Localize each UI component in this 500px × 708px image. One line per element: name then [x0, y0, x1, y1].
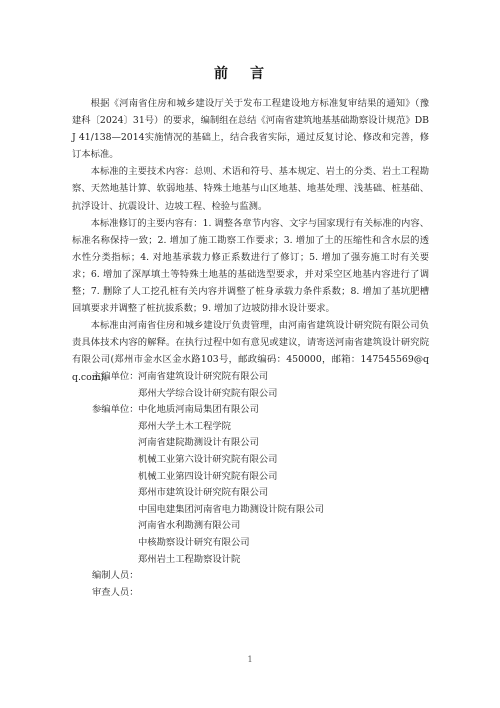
preface-body: 根据《河南省住房和城乡建设厅关于发布工程建设地方标准复审结果的通知》（豫建科〔2… — [72, 95, 429, 386]
chief-editor-unit: 河南省建筑设计研究院有限公司 — [138, 369, 422, 386]
participating-unit-row: 中核勘察设计研究有限公司 — [92, 535, 422, 552]
participating-unit-row: 河南省水利勘测有限公司 — [92, 518, 422, 535]
paragraph-background: 根据《河南省住房和城乡建设厅关于发布工程建设地方标准复审结果的通知》（豫建科〔2… — [72, 95, 429, 163]
participating-unit-row: 机械工业第四设计研究院有限公司 — [92, 469, 422, 486]
page-title: 前言 — [0, 63, 500, 83]
chief-editor-row: 主编单位： 河南省建筑设计研究院有限公司 — [92, 369, 422, 386]
paragraph-technical-content: 本标准的主要技术内容：总则、术语和符号、基本规定、岩土的分类、岩土工程勘察、天然… — [72, 163, 429, 214]
participating-unit-row: 郑州市建筑设计研究院有限公司 — [92, 485, 422, 502]
participating-unit: 郑州大学土木工程学院 — [138, 419, 422, 436]
participating-unit: 河南省水利勘测有限公司 — [138, 518, 422, 535]
participating-unit: 中化地质河南局集团有限公司 — [138, 402, 422, 419]
participating-label: 参编单位： — [92, 402, 138, 419]
participating-unit: 机械工业第四设计研究院有限公司 — [138, 469, 422, 486]
document-page: 前言 根据《河南省住房和城乡建设厅关于发布工程建设地方标准复审结果的通知》（豫建… — [0, 0, 500, 708]
participating-unit-row: 参编单位： 中化地质河南局集团有限公司 — [92, 402, 422, 419]
participating-unit: 河南省建院勘测设计有限公司 — [138, 435, 422, 452]
chief-editor-row: 郑州大学综合设计研究院有限公司 — [92, 386, 422, 403]
chief-editor-unit: 郑州大学综合设计研究院有限公司 — [138, 386, 422, 403]
paragraph-revisions: 本标准修订的主要内容有：1. 调整各章节内容、文字与国家现行有关标准的内容、标准… — [72, 215, 429, 318]
participating-unit-row: 郑州大学土木工程学院 — [92, 419, 422, 436]
participating-unit-row: 河南省建院勘测设计有限公司 — [92, 435, 422, 452]
chief-editor-label: 主编单位： — [92, 369, 138, 386]
reviewers-label: 审查人员： — [92, 585, 422, 602]
participating-unit-row: 机械工业第六设计研究院有限公司 — [92, 452, 422, 469]
participating-unit: 机械工业第六设计研究院有限公司 — [138, 452, 422, 469]
drafters-label: 编制人员： — [92, 568, 422, 585]
participating-unit-row: 郑州岩土工程勘察设计院 — [92, 552, 422, 569]
participating-unit: 郑州岩土工程勘察设计院 — [138, 552, 422, 569]
participating-unit: 中核勘察设计研究有限公司 — [138, 535, 422, 552]
units-list: 主编单位： 河南省建筑设计研究院有限公司 郑州大学综合设计研究院有限公司 参编单… — [92, 369, 422, 601]
page-number: 1 — [0, 655, 500, 664]
participating-unit: 郑州市建筑设计研究院有限公司 — [138, 485, 422, 502]
participating-unit: 中国电建集团河南省电力勘测设计院有限公司 — [138, 502, 422, 519]
participating-unit-row: 中国电建集团河南省电力勘测设计院有限公司 — [92, 502, 422, 519]
